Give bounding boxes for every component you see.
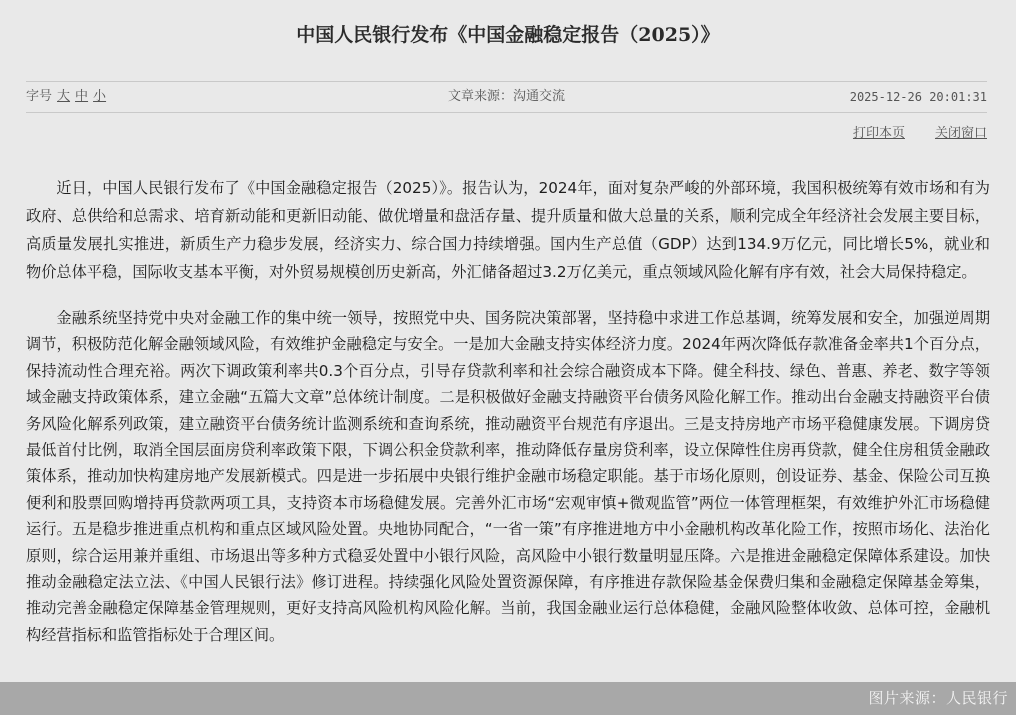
font-size-small-button[interactable]: 小 <box>93 89 106 104</box>
article-paragraph: 近日，中国人民银行发布了《中国金融稳定报告（2025）》。报告认为，2024年，… <box>26 174 990 286</box>
article-source: 文章来源：沟通交流 <box>26 89 987 105</box>
article-title: 中国人民银行发布《中国金融稳定报告（2025）》 <box>0 22 1016 48</box>
image-caption-overlay: 图片来源：人民银行 <box>0 682 1016 715</box>
article-body: 近日，中国人民银行发布了《中国金融稳定报告（2025）》。报告认为，2024年，… <box>26 174 990 648</box>
font-size-label: 字号 <box>26 89 52 104</box>
font-size-control: 字号大中小 <box>26 89 106 105</box>
article-meta-bar: 字号大中小 文章来源：沟通交流 2025-12-26 20:01:31 <box>26 81 987 113</box>
close-window-link[interactable]: 关闭窗口 <box>935 126 987 141</box>
publish-timestamp: 2025-12-26 20:01:31 <box>850 89 987 105</box>
font-size-large-button[interactable]: 大 <box>57 89 70 104</box>
article-actions: 打印本页关闭窗口 <box>823 126 987 142</box>
article-paragraph: 金融系统坚持党中央对金融工作的集中统一领导，按照党中央、国务院决策部署，坚持稳中… <box>26 305 990 648</box>
image-source-caption: 图片来源：人民银行 <box>868 687 1008 709</box>
print-page-link[interactable]: 打印本页 <box>853 126 905 141</box>
font-size-medium-button[interactable]: 中 <box>75 89 88 104</box>
